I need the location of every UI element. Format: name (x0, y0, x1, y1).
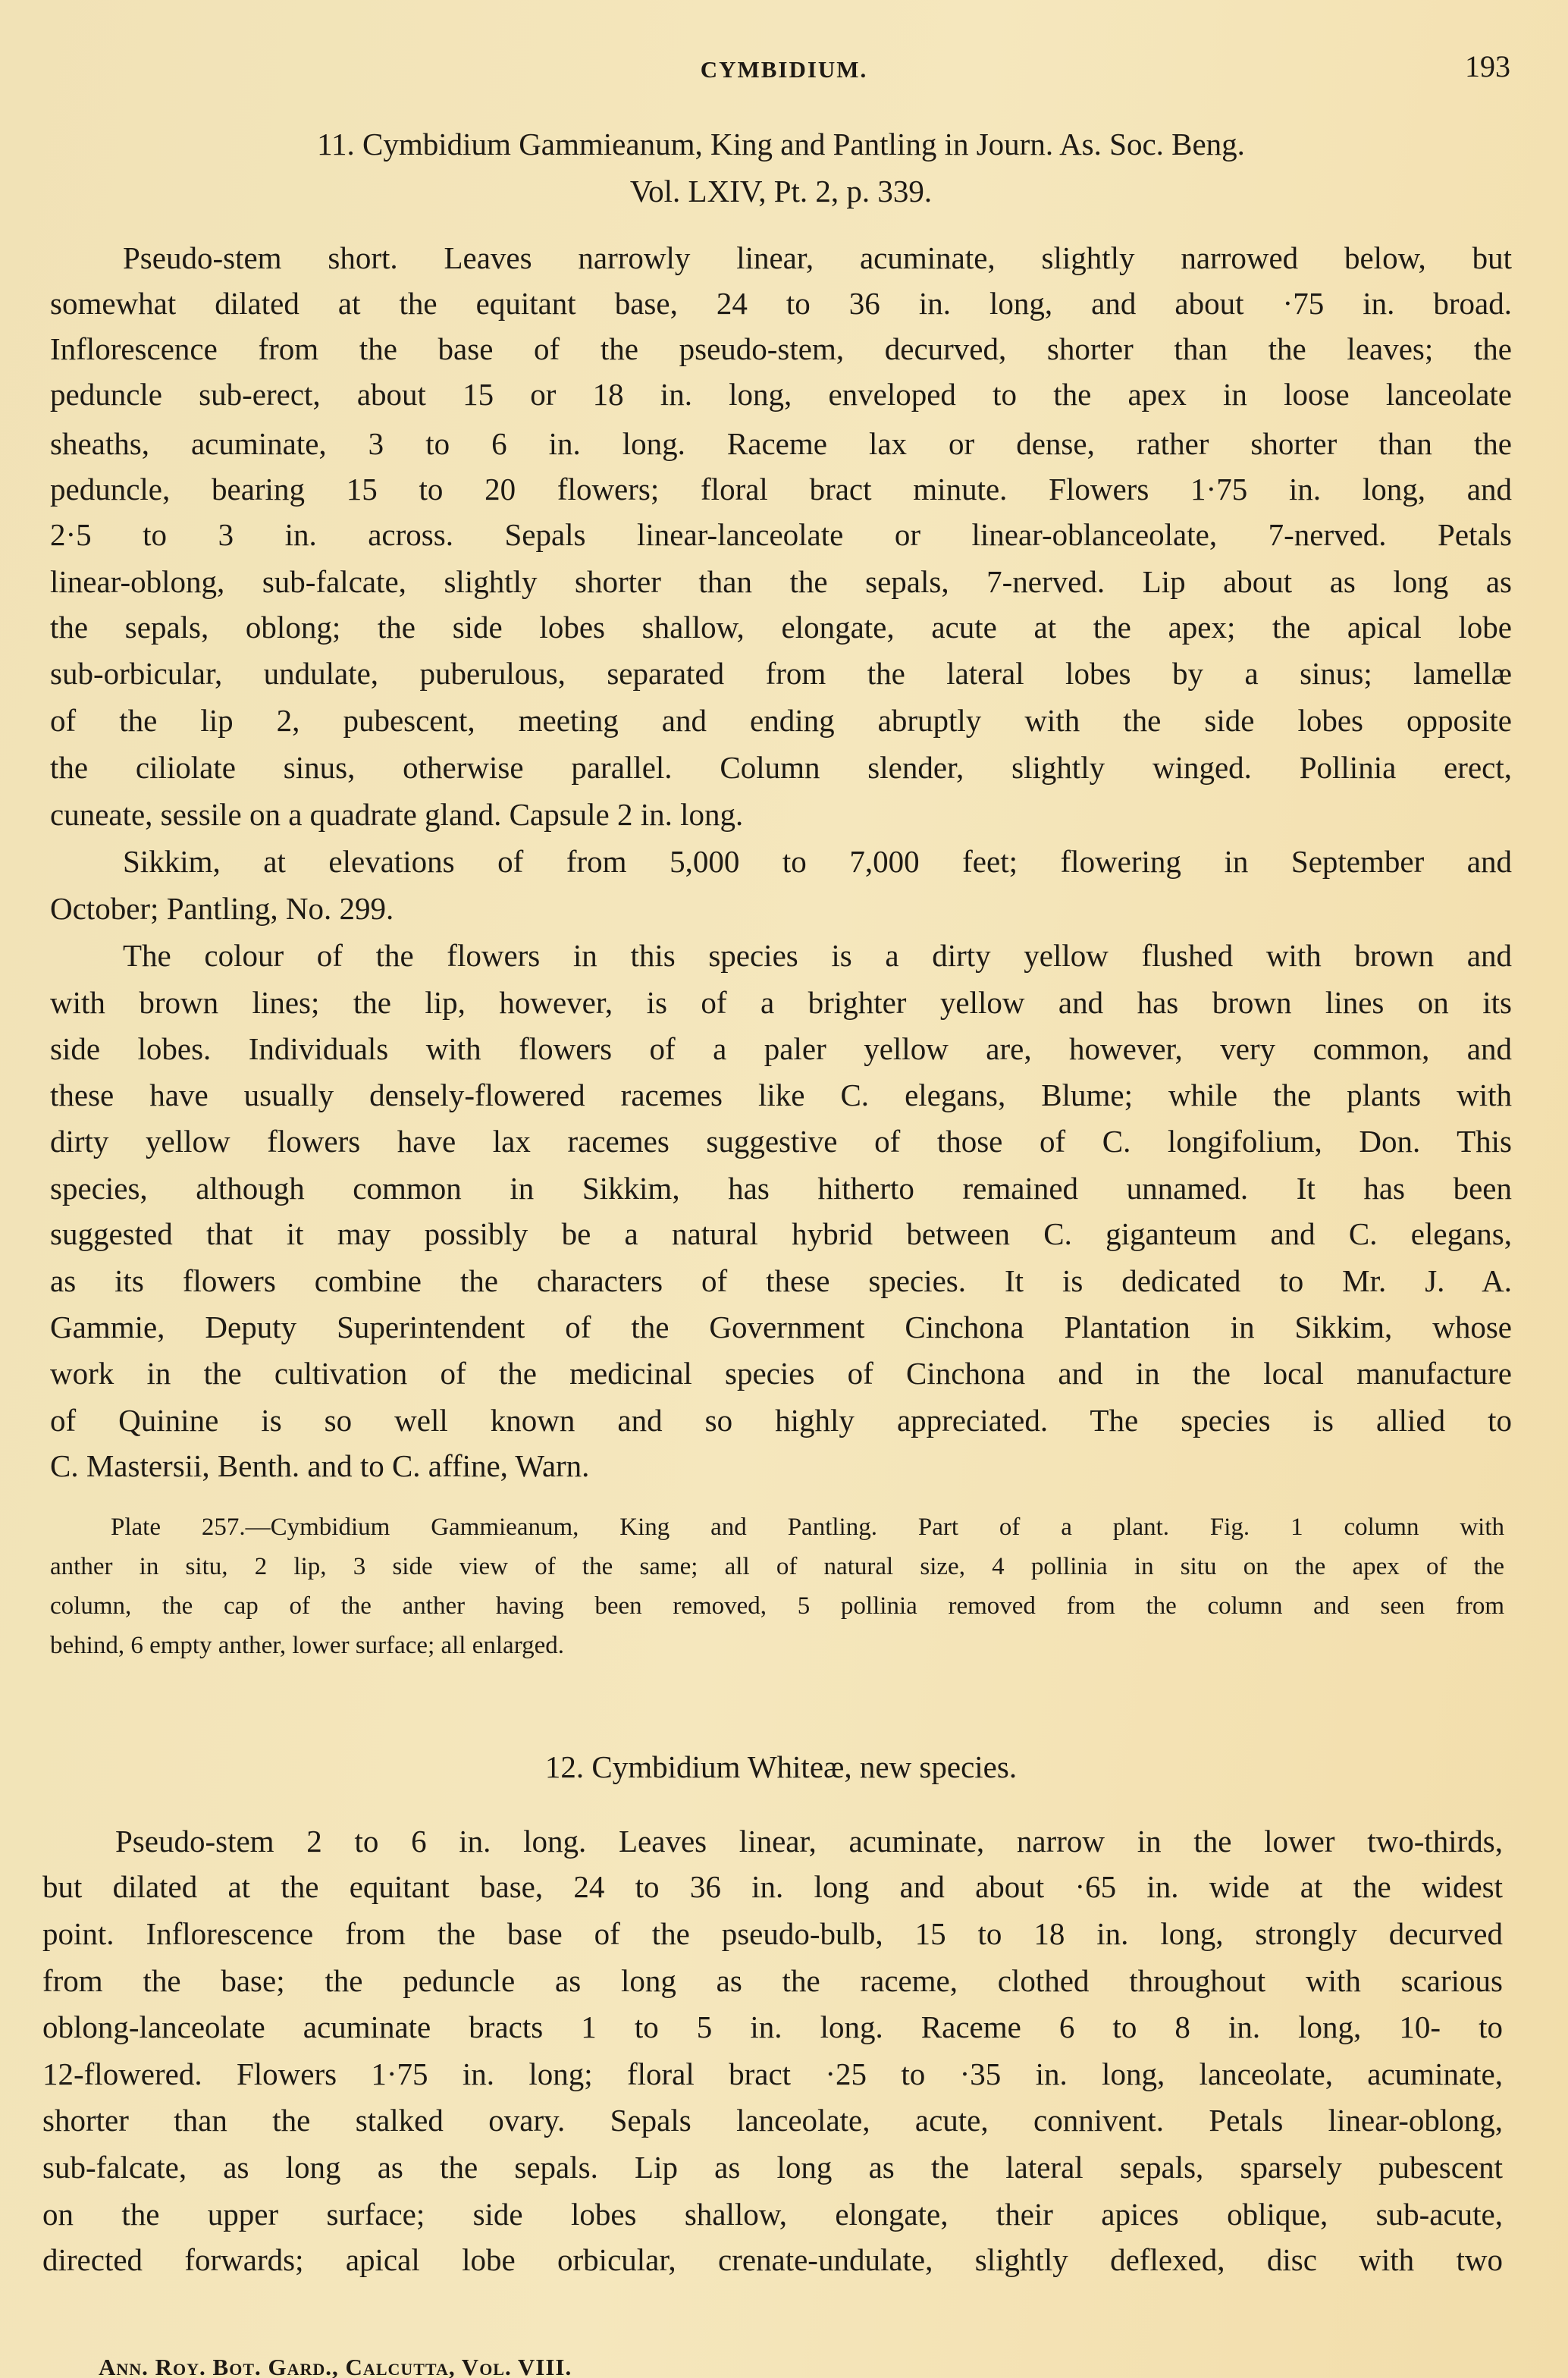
text-line: Pseudo-stem short. Leaves narrowly linea… (123, 235, 1512, 281)
text-line: somewhat dilated at the equitant base, 2… (50, 281, 1512, 326)
text-line: point. Inflorescence from the base of th… (42, 1911, 1503, 1956)
journal-footer: Ann. Roy. Bot. Gard., Calcutta, Vol. VII… (99, 2354, 572, 2378)
text-line: from the base; the peduncle as long as t… (42, 1958, 1503, 2003)
text-line: oblong-lanceolate acuminate bracts 1 to … (42, 2004, 1503, 2050)
text-line: peduncle, bearing 15 to 20 flowers; flor… (50, 466, 1512, 512)
text-line: dirty yellow flowers have lax racemes su… (50, 1118, 1512, 1164)
text-line: C. Mastersii, Benth. and to C. affine, W… (50, 1443, 1512, 1489)
caption-line: behind, 6 empty anther, lower surface; a… (50, 1626, 1512, 1665)
text-line: species, although common in Sikkim, has … (50, 1165, 1512, 1211)
text-line: suggested that it may possibly be a natu… (50, 1211, 1512, 1256)
text-line: sub-falcate, as long as the sepals. Lip … (42, 2144, 1503, 2190)
text-line: linear-oblong, sub-falcate, slightly sho… (50, 559, 1512, 604)
text-line: of the lip 2, pubescent, meeting and end… (50, 698, 1512, 743)
text-line: Sikkim, at elevations of from 5,000 to 7… (123, 839, 1512, 884)
text-line: the sepals, oblong; the side lobes shall… (50, 604, 1512, 650)
text-line: Pseudo-stem 2 to 6 in. long. Leaves line… (115, 1818, 1503, 1864)
species-12-heading: 12. Cymbidium Whiteæ, new species. (50, 1744, 1512, 1790)
species-11-heading: 11. Cymbidium Gammieanum, King and Pantl… (50, 121, 1512, 167)
text-line: of Quinine is so well known and so highl… (50, 1398, 1512, 1443)
text-line: shorter than the stalked ovary. Sepals l… (42, 2097, 1503, 2143)
text-line: side lobes. Individuals with flowers of … (50, 1026, 1512, 1071)
text-line: sub-orbicular, undulate, puberulous, sep… (50, 651, 1512, 696)
caption-line: anther in situ, 2 lip, 3 side view of th… (50, 1547, 1504, 1586)
text-line: Inflorescence from the base of the pseud… (50, 326, 1512, 372)
text-line: 12-flowered. Flowers 1·75 in. long; flor… (42, 2051, 1503, 2097)
text-line: on the upper surface; side lobes shallow… (42, 2191, 1503, 2237)
text-line: as its flowers combine the characters of… (50, 1258, 1512, 1304)
text-line: The colour of the flowers in this specie… (123, 933, 1512, 978)
species-11-citation: Vol. LXIV, Pt. 2, p. 339. (50, 168, 1512, 214)
text-line: sheaths, acuminate, 3 to 6 in. long. Rac… (50, 421, 1512, 466)
running-title: CYMBIDIUM. (0, 56, 1568, 83)
text-line: these have usually densely-flowered race… (50, 1072, 1512, 1118)
document-page: CYMBIDIUM. 193 11. Cymbidium Gammieanum,… (0, 0, 1568, 2378)
text-line: October; Pantling, No. 299. (50, 886, 1512, 931)
page-number: 193 (1465, 49, 1510, 84)
text-line: the ciliolate sinus, otherwise parallel.… (50, 745, 1512, 790)
caption-line: column, the cap of the anther having bee… (50, 1586, 1504, 1626)
species-11-heading-line1: 11. Cymbidium Gammieanum, King and Pantl… (317, 127, 1245, 162)
text-line: work in the cultivation of the medicinal… (50, 1351, 1512, 1396)
text-line: peduncle sub-erect, about 15 or 18 in. l… (50, 372, 1512, 417)
text-line: directed forwards; apical lobe orbicular… (42, 2237, 1503, 2282)
caption-line: Plate 257.—Cymbidium Gammieanum, King an… (111, 1507, 1504, 1547)
text-line: but dilated at the equitant base, 24 to … (42, 1864, 1503, 1909)
text-line: with brown lines; the lip, however, is o… (50, 980, 1512, 1025)
text-line: cuneate, sessile on a quadrate gland. Ca… (50, 792, 1512, 837)
text-line: Gammie, Deputy Superintendent of the Gov… (50, 1304, 1512, 1350)
text-line: 2·5 to 3 in. across. Sepals linear-lance… (50, 512, 1512, 557)
